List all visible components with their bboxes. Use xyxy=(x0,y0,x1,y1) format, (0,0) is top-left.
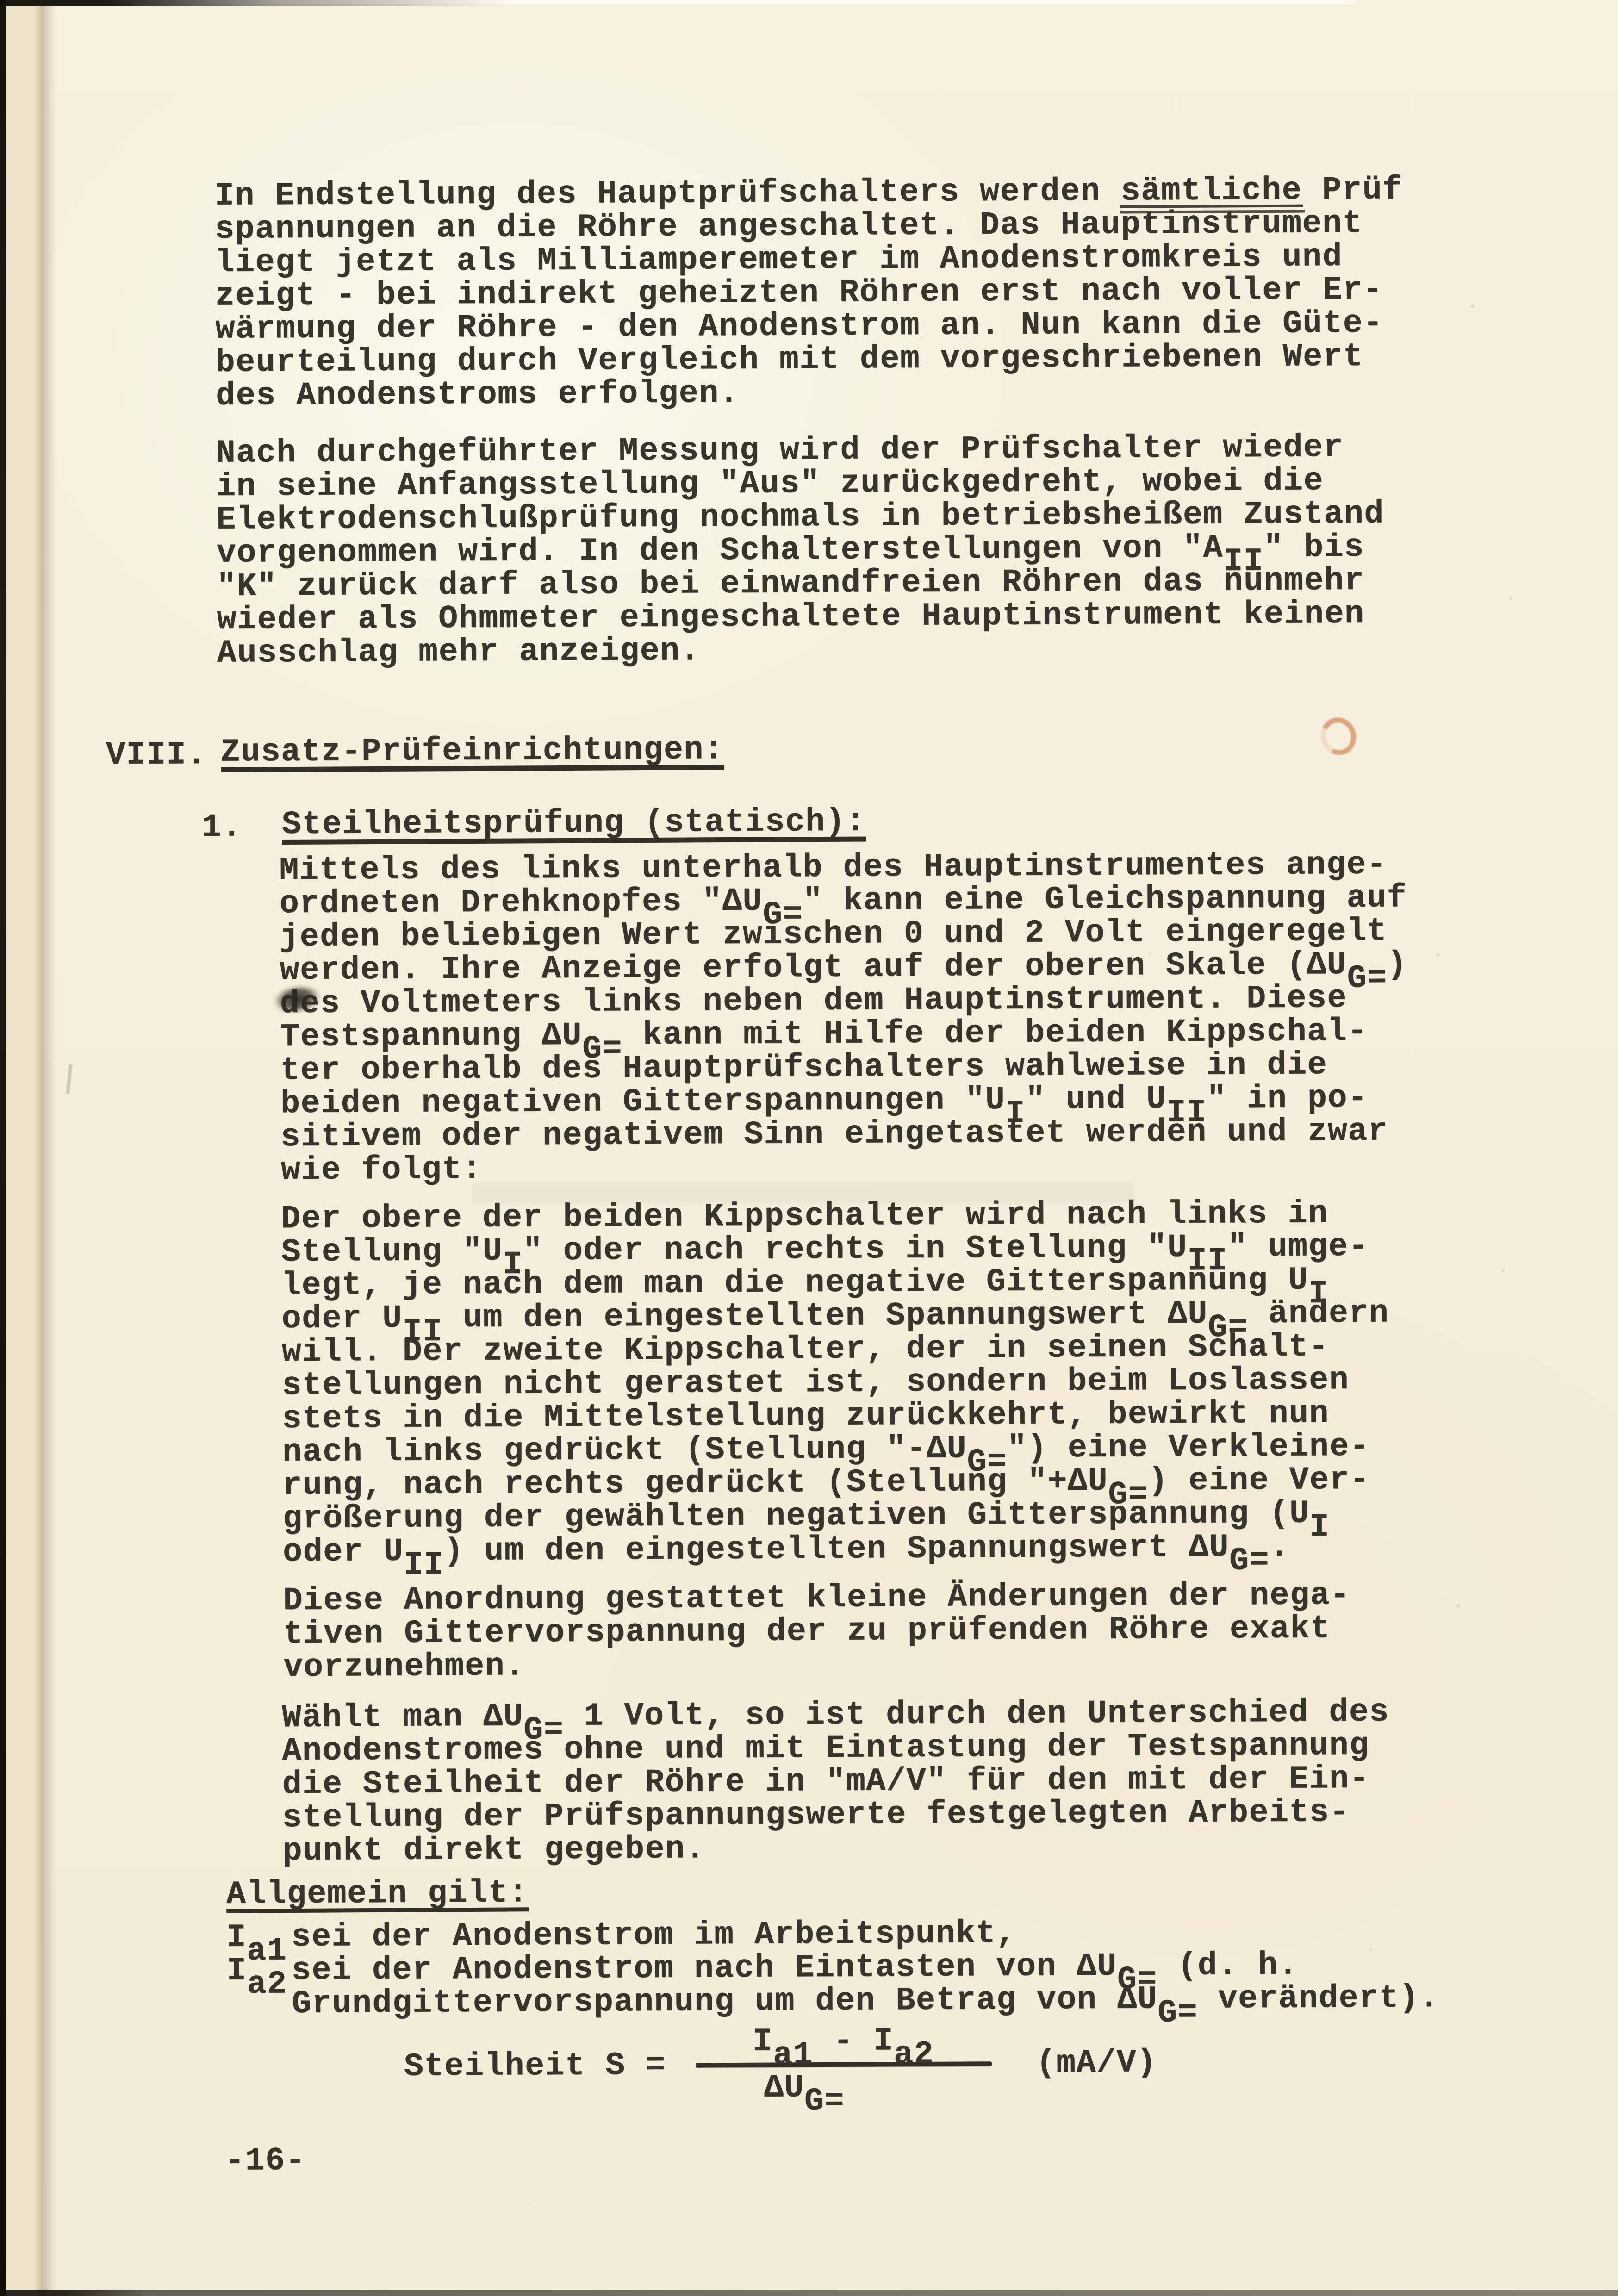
page-edge-shadow xyxy=(43,0,56,2296)
definition-row: Grundgittervorspannung um den Betrag von… xyxy=(227,1982,1439,2022)
text-line: sitivem oder negativem Sinn eingetastet … xyxy=(280,1115,1408,1154)
allgemein-block: Allgemein gilt: Ia1sei der Anodenstrom i… xyxy=(226,1872,1439,2022)
text-line: des Anodenstroms erfolgen. xyxy=(216,373,1404,413)
scanner-top-edge xyxy=(0,0,532,6)
subsection-number: 1. xyxy=(202,811,242,845)
text-line: punkt direkt gegeben. xyxy=(282,1829,1390,1869)
text-line: oder UII um den eingestellten Spannungsw… xyxy=(281,1297,1389,1337)
typewritten-content: In Endstellung des Hauptprüfschalters we… xyxy=(0,0,1618,2296)
definition-text: sei der Anodenstrom nach Eintasten von Δ… xyxy=(292,1949,1299,1988)
paper-specks xyxy=(0,0,1,1)
text-line: Ausschlag mehr anzeigen. xyxy=(217,631,1385,671)
scanner-left-edge xyxy=(0,0,6,2296)
formula-fraction: Ia1 - Ia2 ΔUG= xyxy=(695,2024,992,2105)
text-line: Stellung "UI" oder nach rechts in Stellu… xyxy=(281,1231,1389,1270)
definition-list: Ia1sei der Anodenstrom im Arbeitspunkt,I… xyxy=(226,1915,1439,2022)
paragraph-kippschalter: Der obere der beiden Kippschalter wird n… xyxy=(281,1197,1390,1570)
text-line: wieder als Ohmmeter eingeschaltete Haupt… xyxy=(217,598,1385,637)
formula-denominator: ΔUG= xyxy=(764,2067,845,2105)
allgemein-heading: Allgemein gilt: xyxy=(226,1879,529,1913)
paragraph-mittels-drehknopf: Mittels des links unterhalb des Hauptins… xyxy=(279,848,1408,1188)
formula-label: Steilheit S = xyxy=(404,2049,666,2084)
text-line: oder UII) um den eingestellten Spannungs… xyxy=(283,1531,1390,1570)
text-line: In Endstellung des Hauptprüfschalters we… xyxy=(215,174,1403,213)
section-heading: VIII. Zusatz-Prüfeinrichtungen: xyxy=(106,736,724,773)
text-line: tiven Gittervorspannung der zu prüfenden… xyxy=(283,1612,1350,1651)
paragraph-nach-messung: Nach durchgeführter Messung wird der Prü… xyxy=(216,431,1385,671)
page-stack-edge xyxy=(6,0,43,2296)
definition-text: sei der Anodenstrom im Arbeitspunkt, xyxy=(291,1917,1016,1954)
section-title: Zusatz-Prüfeinrichtungen: xyxy=(221,736,724,772)
text-line: wie folgt: xyxy=(281,1148,1409,1188)
paragraph-endstellung: In Endstellung des Hauptprüfschalters we… xyxy=(215,174,1404,413)
text-line: beurteilung durch Vergleich mit dem vorg… xyxy=(216,340,1404,380)
subsection-heading: 1. Steilheitsprüfung (statisch): xyxy=(202,808,866,845)
text-line: vorzunehmen. xyxy=(283,1646,1350,1685)
definition-text: Grundgittervorspannung um den Betrag von… xyxy=(292,1982,1439,2021)
text-line: stellung der Prüfspannungswerte festgele… xyxy=(282,1796,1390,1836)
subsection-title: Steilheitsprüfung (statisch): xyxy=(282,808,866,845)
formula-unit: (mA/V) xyxy=(1036,2047,1157,2080)
scanned-document-page: In Endstellung des Hauptprüfschalters we… xyxy=(0,0,1618,2296)
scanner-bottom-edge xyxy=(0,2290,1618,2296)
paragraph-diese-anordnung: Diese Anordnung gestattet kleine Änderun… xyxy=(283,1579,1351,1685)
section-numeral: VIII. xyxy=(106,739,207,772)
definition-term: Ia1 xyxy=(226,1921,291,1955)
bleed-through-artifact xyxy=(472,1183,1134,1203)
steilheit-formula: Steilheit S = Ia1 - Ia2 ΔUG= (mA/V) xyxy=(286,2023,1157,2108)
paragraph-waehlt-man: Wählt man ΔUG= 1 Volt, so ist durch den … xyxy=(282,1696,1390,1869)
page-number: -16- xyxy=(225,2145,305,2178)
formula-numerator: Ia1 - Ia2 xyxy=(753,2025,934,2063)
